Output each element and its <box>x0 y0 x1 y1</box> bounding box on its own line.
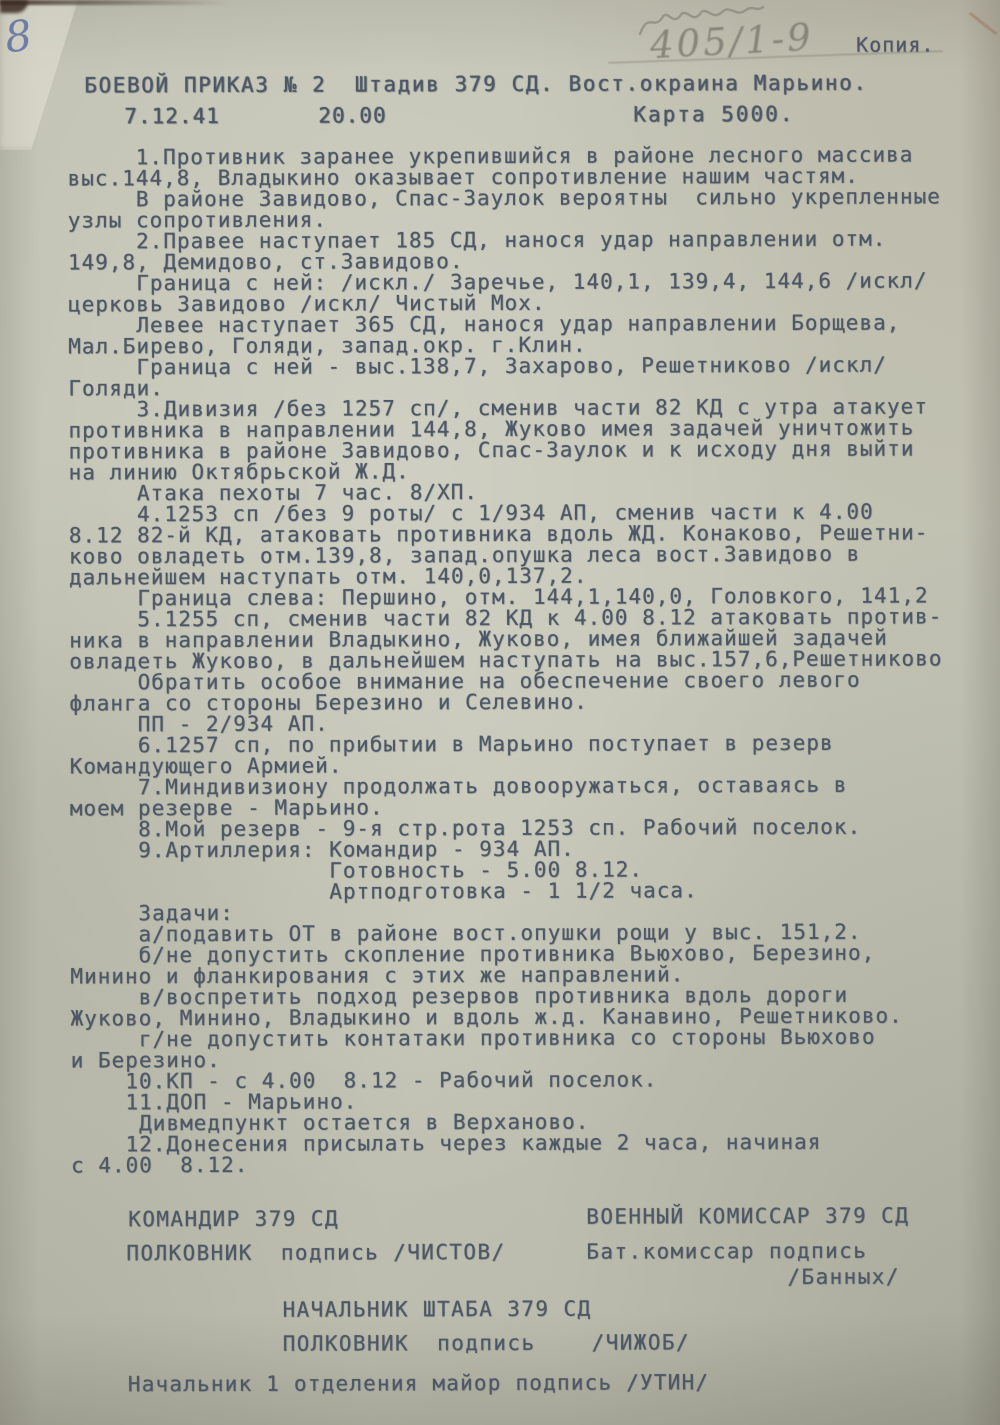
signature-chief-of-staff-line: ПОЛКОВНИК подпись /ЧИЖОБ/ <box>283 1330 690 1355</box>
signature-department-head-line: Начальник 1 отделения майор подпись /УТИ… <box>128 1370 710 1396</box>
scanned-order-page: 8 405/1-9 Копия. БОЕВОЙ ПРИКАЗ № 2 Штади… <box>0 0 1000 1425</box>
signature-commissar-title: ВОЕННЫЙ КОМИССАР 379 СД <box>586 1204 909 1229</box>
copy-label: Копия. <box>856 32 934 56</box>
order-title: БОЕВОЙ ПРИКАЗ № 2 Штадив 379 СД. Вост.ок… <box>84 71 867 98</box>
signature-commander-line: ПОЛКОВНИК подпись /ЧИСТОВ/ <box>126 1240 505 1265</box>
order-date: 7.12.41 <box>124 104 220 128</box>
signature-commissar-line: Бат.комиссар подпись <box>586 1239 867 1264</box>
typed-text-layer: Копия. БОЕВОЙ ПРИКАЗ № 2 Штадив 379 СД. … <box>0 0 1000 1425</box>
signature-chief-of-staff-title: НАЧАЛЬНИК ШТАБА 379 СД <box>283 1297 592 1322</box>
order-time: 20.00 <box>318 103 386 127</box>
signature-commander-title: КОМАНДИР 379 СД <box>128 1207 339 1232</box>
map-scale-label: Карта 5000. <box>633 102 794 127</box>
order-body: 1.Противник заранее укрепившийся в район… <box>68 144 945 1176</box>
signature-commissar-name: /Банных/ <box>787 1265 899 1289</box>
